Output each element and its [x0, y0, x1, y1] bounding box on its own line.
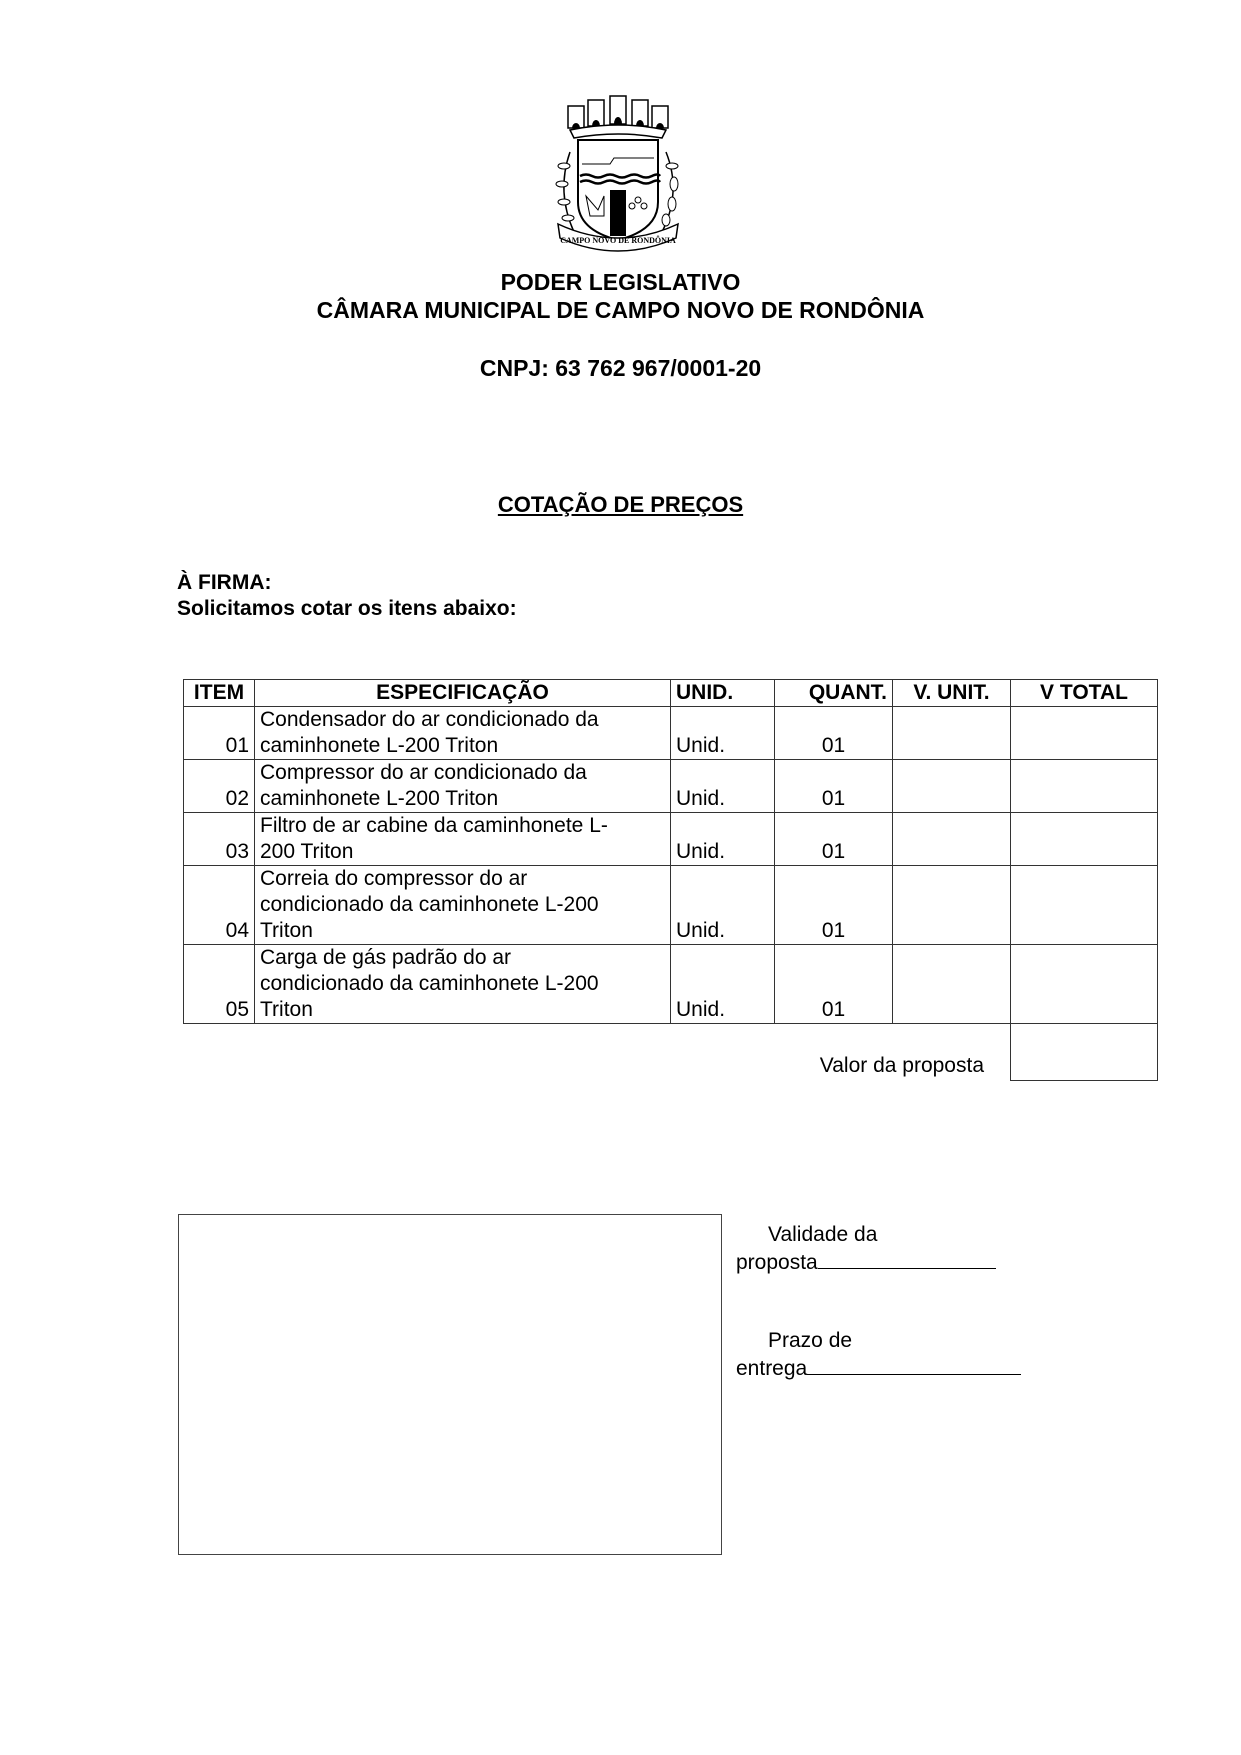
- col-header-vunit: V. UNIT.: [893, 680, 1011, 707]
- spec-line: Triton: [260, 997, 665, 1023]
- validity-input[interactable]: [818, 1248, 996, 1269]
- item-specification: Filtro de ar cabine da caminhonete L-200…: [255, 813, 671, 866]
- header-line-2: CÂMARA MUNICIPAL DE CAMPO NOVO DE RONDÔN…: [0, 296, 1241, 324]
- total-value-field[interactable]: [1011, 1024, 1158, 1081]
- total-price-field[interactable]: [1011, 707, 1158, 760]
- item-number: 01: [184, 707, 255, 760]
- col-header-quant: QUANT.: [775, 680, 893, 707]
- spec-line: condicionado da caminhonete L-200: [260, 971, 665, 997]
- unit-price-field[interactable]: [893, 707, 1011, 760]
- item-specification: Carga de gás padrão do arcondicionado da…: [255, 945, 671, 1024]
- item-quantity: 01: [775, 760, 893, 813]
- unit-price-field[interactable]: [893, 760, 1011, 813]
- unit-price-field[interactable]: [893, 866, 1011, 945]
- spec-line: Filtro de ar cabine da caminhonete L-: [260, 813, 665, 839]
- col-header-item: ITEM: [184, 680, 255, 707]
- total-price-field[interactable]: [1011, 813, 1158, 866]
- delivery-label-1: Prazo de: [736, 1328, 1021, 1354]
- total-price-field[interactable]: [1011, 945, 1158, 1024]
- table-header-row: ITEM ESPECIFICAÇÃO UNID. QUANT. V. UNIT.…: [184, 680, 1158, 707]
- total-price-field[interactable]: [1011, 866, 1158, 945]
- validity-label-1: Validade da: [736, 1222, 996, 1248]
- item-quantity: 01: [775, 813, 893, 866]
- spec-line: caminhonete L-200 Triton: [260, 733, 665, 759]
- spec-line: 200 Triton: [260, 839, 665, 865]
- table-row: 01Condensador do ar condicionado dacamin…: [184, 707, 1158, 760]
- item-quantity: 01: [775, 707, 893, 760]
- table-row: 05Carga de gás padrão do arcondicionado …: [184, 945, 1158, 1024]
- delivery-field: Prazo de entrega: [736, 1328, 1021, 1382]
- total-price-field[interactable]: [1011, 760, 1158, 813]
- item-specification: Condensador do ar condicionado dacaminho…: [255, 707, 671, 760]
- quotation-table: ITEM ESPECIFICAÇÃO UNID. QUANT. V. UNIT.…: [183, 679, 1158, 1081]
- table-row: 03Filtro de ar cabine da caminhonete L-2…: [184, 813, 1158, 866]
- item-quantity: 01: [775, 945, 893, 1024]
- municipal-crest-icon: CAMPO NOVO DE RONDÔNIA: [548, 92, 688, 252]
- item-quantity: 01: [775, 866, 893, 945]
- addressee-label: À FIRMA:: [177, 570, 271, 596]
- item-specification: Compressor do ar condicionado dacaminhon…: [255, 760, 671, 813]
- item-specification: Correia do compressor do arcondicionado …: [255, 866, 671, 945]
- item-number: 05: [184, 945, 255, 1024]
- company-stamp-box[interactable]: [178, 1214, 722, 1555]
- item-number: 02: [184, 760, 255, 813]
- total-label: Valor da proposta: [184, 1024, 1011, 1081]
- delivery-label-2: entrega: [736, 1357, 807, 1380]
- item-unit: Unid.: [671, 945, 775, 1024]
- item-unit: Unid.: [671, 866, 775, 945]
- spec-line: caminhonete L-200 Triton: [260, 786, 665, 812]
- total-row: Valor da proposta: [184, 1024, 1158, 1081]
- request-text: Solicitamos cotar os itens abaixo:: [177, 596, 517, 622]
- item-number: 04: [184, 866, 255, 945]
- item-unit: Unid.: [671, 813, 775, 866]
- validity-field: Validade da proposta: [736, 1222, 996, 1276]
- spec-line: Compressor do ar condicionado da: [260, 760, 665, 786]
- spec-line: Carga de gás padrão do ar: [260, 945, 665, 971]
- col-header-vtotal: V TOTAL: [1011, 680, 1158, 707]
- document-title: COTAÇÃO DE PREÇOS: [0, 492, 1241, 518]
- col-header-spec: ESPECIFICAÇÃO: [255, 680, 671, 707]
- spec-line: Triton: [260, 918, 665, 944]
- validity-label-2: proposta: [736, 1251, 818, 1274]
- unit-price-field[interactable]: [893, 813, 1011, 866]
- spec-line: Correia do compressor do ar: [260, 866, 665, 892]
- col-header-unid: UNID.: [671, 680, 775, 707]
- spec-line: condicionado da caminhonete L-200: [260, 892, 665, 918]
- item-number: 03: [184, 813, 255, 866]
- delivery-input[interactable]: [807, 1354, 1021, 1375]
- header-line-1: PODER LEGISLATIVO: [0, 268, 1241, 296]
- spec-line: Condensador do ar condicionado da: [260, 707, 665, 733]
- table-row: 02Compressor do ar condicionado dacaminh…: [184, 760, 1158, 813]
- cnpj-label: CNPJ: 63 762 967/0001-20: [0, 354, 1241, 382]
- unit-price-field[interactable]: [893, 945, 1011, 1024]
- svg-text:CAMPO NOVO DE RONDÔNIA: CAMPO NOVO DE RONDÔNIA: [560, 235, 676, 245]
- item-unit: Unid.: [671, 707, 775, 760]
- table-row: 04Correia do compressor do arcondicionad…: [184, 866, 1158, 945]
- item-unit: Unid.: [671, 760, 775, 813]
